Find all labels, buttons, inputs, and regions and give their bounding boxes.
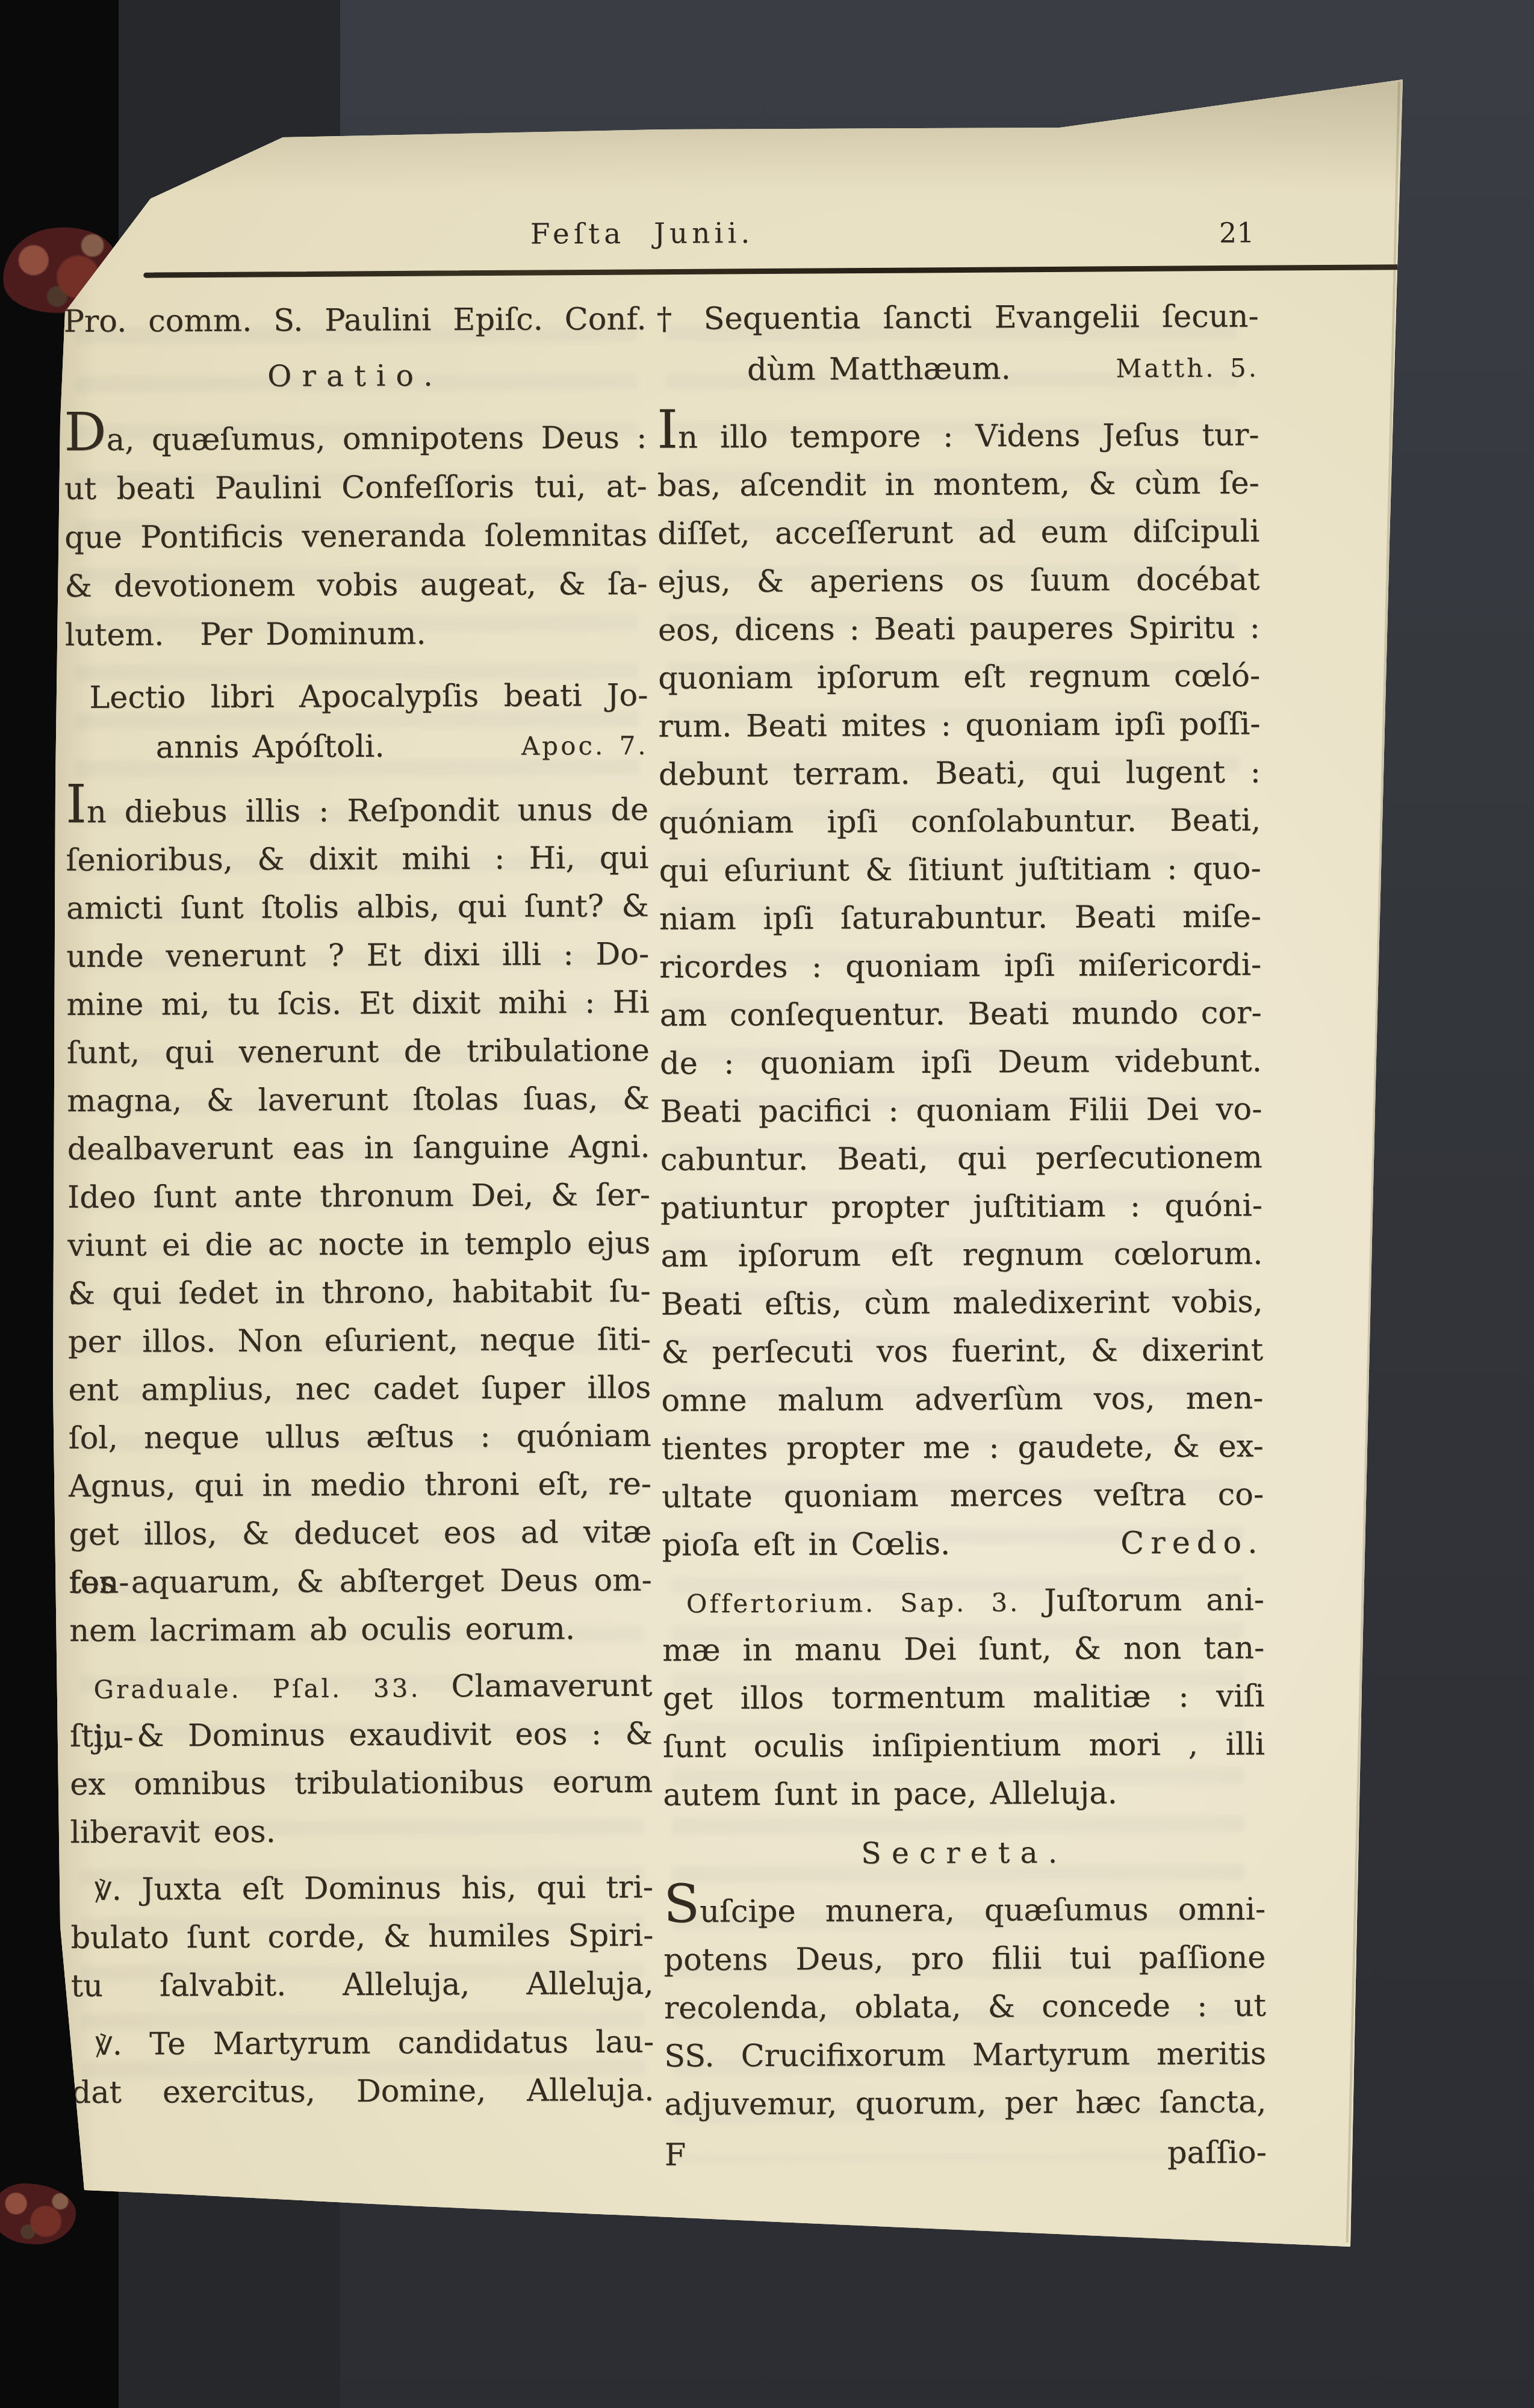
- text-line: am ipſorum eſt regnum cœlorum.: [660, 1230, 1262, 1280]
- text-line: amicti ſunt ſtolis albis, qui ſunt? &: [66, 883, 649, 933]
- column-left: Pro. comm. S. Paulini Epiſc. Conf.Oratio…: [62, 1, 655, 2408]
- text-segment: unde venerunt ? Et dixi illi : Do-: [66, 937, 649, 975]
- text-segment: Agnus, qui in medio throni eſt, re-: [69, 1466, 651, 1504]
- text-segment: debunt terram. Beati, qui lugent :: [659, 754, 1261, 792]
- text-line: mine mi, tu ſcis. Et dixit mihi : Hi: [66, 979, 649, 1029]
- text-line: ℣. Te Martyrum candidatus lau-: [71, 2019, 654, 2069]
- text-line: Pro. comm. S. Paulini Epiſc. Conf.: [63, 296, 646, 346]
- text-line: Da, quæſumus, omnipotens Deus :: [64, 414, 647, 465]
- text-line: dat exercitus, Domine, Alleluja.: [71, 2067, 654, 2117]
- text-line: tu ſalvabit. Alleluja, Alleluja,: [70, 1960, 653, 2011]
- text-line: Secreta.: [663, 1828, 1265, 1878]
- text-segment: SS. Crucifixorum Martyrum meritis: [664, 2036, 1266, 2074]
- text-line: cabuntur. Beati, qui perſecutionem: [660, 1134, 1262, 1184]
- text-segment: Oratio.: [267, 358, 443, 393]
- text-segment: diſſet, acceſſerunt ad eum diſcipuli: [657, 514, 1259, 551]
- text-line: eos, dicens : Beati pauperes Spiritu :: [658, 604, 1260, 654]
- text-line: viunt ei die ac nocte in templo ejus :: [67, 1220, 650, 1270]
- text-line: † Sequentia ſancti Evangelii ſecun-: [656, 293, 1258, 343]
- text-segment: uſcipe munera, quæſumus omni-: [700, 1891, 1265, 1929]
- text-segment: D: [64, 402, 107, 463]
- text-segment: de : quoniam ipſi Deum videbunt.: [660, 1043, 1262, 1081]
- text-line: In illo tempore : Videns Jeſus tur-: [657, 411, 1259, 462]
- text-segment: n illo tempore : Videns Jeſus tur-: [678, 417, 1259, 455]
- text-segment: . Te Martyrum candidatus lau-: [113, 2025, 654, 2062]
- text-segment: dat exercitus, Domine, Alleluja.: [71, 2073, 654, 2111]
- text-line: ejus, & aperiens os ſuum docébat: [657, 556, 1259, 606]
- text-line: potens Deus, pro filii tui paſſione: [663, 1934, 1265, 1984]
- text-line: Suſcipe munera, quæſumus omni-: [663, 1885, 1265, 1936]
- text-segment: patiuntur propter juſtitiam : quóni-: [660, 1188, 1262, 1226]
- text-line: niam ipſi ſaturabuntur. Beati miſe-: [659, 893, 1261, 943]
- text-line: ſol, neque ullus æſtus : quóniam: [69, 1412, 651, 1463]
- text-segment: Lectio libri Apocalypſis beati Jo-: [89, 678, 648, 716]
- text-line: Lectio libri Apocalypſis beati Jo-: [65, 672, 648, 722]
- text-segment: ultate quoniam merces veſtra co-: [662, 1477, 1264, 1515]
- text-segment: que Pontificis veneranda ſolemnitas: [64, 518, 647, 556]
- text-segment: get illos tormentum malitiæ : viſi: [662, 1678, 1264, 1716]
- text-line: per illos. Non eſurient, neque ſiti-: [68, 1316, 651, 1367]
- text-line: quoniam ipſorum eſt regnum cœló-: [658, 652, 1260, 703]
- text-segment: bas, aſcendit in montem, & cùm ſe-: [657, 465, 1259, 503]
- text-segment: & perſecuti vos fuerint, & dixerint: [661, 1332, 1263, 1370]
- text-segment: cabuntur. Beati, qui perſecutionem: [660, 1140, 1262, 1178]
- text-segment: niam ipſi ſaturabuntur. Beati miſe-: [659, 899, 1261, 937]
- text-segment: Beati eſtis, cùm maledixerint vobis,: [661, 1284, 1263, 1322]
- text-segment: ut beati Paulini Confeſſoris tui, at-: [64, 469, 647, 507]
- text-line: In diebus illis : Reſpondit unus de: [66, 786, 648, 837]
- text-line: Offertorium. Sap. 3. Juſtorum ani-: [662, 1576, 1264, 1627]
- page-content: Feſta Junii. 21 Pro. comm. S. Paulini Ep…: [0, 0, 1534, 2408]
- text-line: de : quoniam ipſi Deum videbunt.: [660, 1037, 1262, 1088]
- text-segment: am conſequentur. Beati mundo cor-: [660, 995, 1262, 1033]
- text-segment: tes aquarum, & abſterget Deus om-: [69, 1563, 652, 1601]
- text-segment: Beati pacifici : quoniam Filii Dei vo-: [660, 1091, 1262, 1129]
- text-segment: Per Dominum.: [200, 616, 426, 653]
- text-line: & qui ſedet in throno, habitabit ſu-: [67, 1268, 650, 1318]
- text-segment: potens Deus, pro filii tui paſſione: [663, 1940, 1265, 1978]
- text-line: ℣. Juxta eſt Dominus his, qui tri-: [70, 1864, 653, 1914]
- text-segment: ent amplius, nec cadet ſuper illos: [68, 1370, 651, 1408]
- text-segment: bulato ſunt corde, & humiles Spiri-: [70, 1918, 653, 1956]
- text-segment: Credo.: [1120, 1519, 1264, 1568]
- text-line: que Pontificis veneranda ſolemnitas: [64, 512, 647, 562]
- text-segment: Apoc. 7.: [521, 722, 648, 771]
- text-line: bulato ſunt corde, & humiles Spiri-: [70, 1912, 653, 1963]
- text-line: autem ſunt in pace, Alleluja.: [663, 1769, 1265, 1819]
- text-segment: quóniam ipſi conſolabuntur. Beati,: [659, 802, 1261, 840]
- text-segment: magna, & laverunt ſtolas ſuas, &: [67, 1081, 650, 1119]
- text-line: ultate quoniam merces veſtra co-: [662, 1471, 1264, 1521]
- text-segment: am ipſorum eſt regnum cœlorum.: [660, 1236, 1262, 1274]
- text-segment: pioſa eſt in Cœlis.: [662, 1521, 950, 1570]
- text-segment: S: [663, 1873, 700, 1934]
- text-line: tientes propter me : gaudete, & ex-: [662, 1423, 1264, 1473]
- text-segment: ex omnibus tribulationibus eorum: [70, 1764, 653, 1802]
- text-line: tes aquarum, & abſterget Deus om-: [69, 1557, 652, 1607]
- text-line: ut beati Paulini Confeſſoris tui, at-: [64, 463, 647, 514]
- text-line: & perſecuti vos fuerint, & dixerint: [661, 1326, 1263, 1377]
- text-line: Ideo ſunt ante thronum Dei, & ſer-: [67, 1171, 650, 1222]
- text-line: Fpaſſio-: [665, 2129, 1267, 2179]
- text-segment: tientes propter me : gaudete, & ex-: [662, 1429, 1264, 1466]
- text-line: recolenda, oblata, & concede : ut: [664, 1982, 1266, 2032]
- text-segment: n diebus illis : Reſpondit unus de: [87, 792, 649, 830]
- text-segment: . Juxta eſt Dominus his, qui tri-: [111, 1870, 653, 1908]
- text-segment: & devotionem vobis augeat, & ſa-: [64, 566, 647, 604]
- text-line: & devotionem vobis augeat, & ſa-: [64, 560, 647, 611]
- text-segment: Secreta.: [861, 1835, 1067, 1870]
- text-line: debunt terram. Beati, qui lugent :: [659, 748, 1261, 799]
- text-line: lutem.Per Dominum.: [65, 609, 648, 660]
- text-line: unde venerunt ? Et dixi illi : Do-: [66, 931, 649, 981]
- text-segment: adjuvemur, quorum, per hæc ſancta,: [664, 2084, 1266, 2122]
- text-line: mæ in manu Dei ſunt, & non tan-: [662, 1624, 1264, 1675]
- text-segment: Offertorium. Sap. 3.: [686, 1587, 1020, 1618]
- text-segment: tu ſalvabit. Alleluja, Alleluja,: [71, 1966, 654, 2004]
- text-line: Graduale. Pſal. 33. Clamaverunt ju-: [69, 1662, 652, 1713]
- text-segment: Pro. comm. S. Paulini Epiſc. Conf.: [63, 302, 646, 340]
- text-segment: † Sequentia ſancti Evangelii ſecun-: [656, 299, 1258, 337]
- text-line: adjuvemur, quorum, per hæc ſancta,: [664, 2078, 1266, 2129]
- text-segment: annis Apóſtoli.: [156, 723, 385, 772]
- text-segment: amicti ſunt ſtolis albis, qui ſunt? &: [66, 889, 649, 926]
- text-line: SS. Crucifixorum Martyrum meritis: [664, 2030, 1266, 2081]
- text-segment: lutem.: [65, 617, 164, 653]
- text-segment: paſſio-: [1167, 2129, 1267, 2177]
- text-segment: quoniam ipſorum eſt regnum cœló-: [658, 658, 1260, 696]
- text-line: liberavit eos.: [70, 1807, 653, 1857]
- text-line: annis Apóſtoli.Apoc. 7.: [66, 722, 648, 772]
- text-segment: Ideo ſunt ante thronum Dei, & ſer-: [67, 1178, 650, 1215]
- text-segment: rum. Beati mites : quoniam ipſi poſſi-: [658, 706, 1260, 744]
- text-segment: ℣: [95, 2031, 113, 2061]
- text-line: ſti, & Dominus exaudivit eos : &: [70, 1710, 653, 1761]
- text-segment: Matth. 5.: [1116, 344, 1259, 393]
- text-line: quóniam ipſi conſolabuntur. Beati,: [659, 796, 1261, 847]
- text-line: bas, aſcendit in montem, & cùm ſe-: [657, 459, 1259, 510]
- text-segment: ſenioribus, & dixit mihi : Hi, qui: [66, 840, 648, 878]
- page-sheet: Feſta Junii. 21 Pro. comm. S. Paulini Ep…: [0, 0, 1534, 2408]
- text-line: ent amplius, nec cadet ſuper illos: [68, 1364, 651, 1415]
- text-segment: F: [665, 2132, 686, 2180]
- text-segment: mine mi, tu ſcis. Et dixit mihi : Hi: [66, 985, 649, 1023]
- text-segment: ſunt oculis inſipientium mori , illi: [663, 1727, 1265, 1764]
- text-segment: nem lacrimam ab oculis eorum.: [69, 1611, 575, 1649]
- text-line: ſunt, qui venerunt de tribulatione: [67, 1027, 650, 1078]
- text-segment: a, quæſumus, omnipotens Deus :: [107, 420, 647, 458]
- text-line: ex omnibus tribulationibus eorum: [70, 1758, 653, 1809]
- text-segment: ſunt, qui venerunt de tribulatione: [67, 1033, 650, 1071]
- text-segment: omne malum adverſùm vos, men-: [661, 1380, 1263, 1418]
- text-line: Beati pacifici : quoniam Filii Dei vo-: [660, 1085, 1262, 1136]
- text-line: Oratio.: [64, 351, 647, 402]
- text-line: diſſet, acceſſerunt ad eum diſcipuli: [657, 507, 1259, 558]
- scanned-book-photo: Feſta Junii. 21 Pro. comm. S. Paulini Ep…: [0, 0, 1534, 2408]
- text-segment: ricordes : quoniam ipſi miſericordi-: [659, 947, 1261, 985]
- text-segment: ejus, & aperiens os ſuum docébat: [657, 562, 1259, 600]
- text-line: get illos tormentum malitiæ : viſi: [662, 1672, 1264, 1723]
- text-segment: Juſtorum ani-: [1020, 1582, 1264, 1619]
- text-line: nem lacrimam ab oculis eorum.: [69, 1605, 652, 1655]
- text-line: Agnus, qui in medio throni eſt, re-: [69, 1460, 651, 1511]
- text-segment: I: [657, 399, 678, 461]
- text-line: ſunt oculis inſipientium mori , illi: [663, 1721, 1265, 1771]
- text-segment: ℣: [95, 1876, 112, 1906]
- text-segment: recolenda, oblata, & concede : ut: [664, 1988, 1266, 2026]
- text-line: Beati eſtis, cùm maledixerint vobis,: [661, 1278, 1263, 1329]
- text-segment: qui eſuriunt & ſitiunt juſtitiam : quo-: [659, 851, 1261, 889]
- text-segment: liberavit eos.: [70, 1814, 276, 1851]
- text-line: get illos, & deducet eos ad vitæ fon-: [69, 1509, 651, 1559]
- text-segment: mæ in manu Dei ſunt, & non tan-: [662, 1630, 1264, 1668]
- text-segment: Graduale. Pſal. 33.: [93, 1674, 420, 1704]
- text-line: qui eſuriunt & ſitiunt juſtitiam : quo-: [659, 845, 1261, 895]
- text-segment: eos, dicens : Beati pauperes Spiritu :: [658, 610, 1260, 648]
- text-line: dùm Matthæum.Matth. 5.: [657, 344, 1259, 394]
- text-segment: ſol, neque ullus æſtus : quóniam: [69, 1418, 651, 1456]
- text-line: ſenioribus, & dixit mihi : Hi, qui: [66, 834, 648, 885]
- column-right: † Sequentia ſancti Evangelii ſecun-dùm M…: [655, 0, 1267, 2408]
- text-line: dealbaverunt eas in ſanguine Agni.: [67, 1123, 650, 1174]
- text-line: magna, & laverunt ſtolas ſuas, &: [67, 1075, 650, 1126]
- text-segment: I: [66, 774, 87, 835]
- text-segment: ſti, & Dominus exaudivit eos : &: [70, 1716, 653, 1754]
- text-line: omne malum adverſùm vos, men-: [661, 1374, 1263, 1425]
- text-segment: dùm Matthæum.: [747, 345, 1011, 394]
- text-line: pioſa eſt in Cœlis.Credo.: [662, 1519, 1264, 1569]
- text-segment: dealbaverunt eas in ſanguine Agni.: [67, 1129, 650, 1167]
- text-line: rum. Beati mites : quoniam ipſi poſſi-: [658, 700, 1260, 751]
- text-line: am conſequentur. Beati mundo cor-: [659, 989, 1261, 1040]
- text-line: ricordes : quoniam ipſi miſericordi-: [659, 941, 1261, 991]
- text-segment: & qui ſedet in throno, habitabit ſu-: [68, 1274, 651, 1312]
- text-line: patiuntur propter juſtitiam : quóni-: [660, 1182, 1262, 1232]
- text-segment: autem ſunt in pace, Alleluja.: [663, 1775, 1117, 1813]
- text-segment: per illos. Non eſurient, neque ſiti-: [68, 1322, 651, 1360]
